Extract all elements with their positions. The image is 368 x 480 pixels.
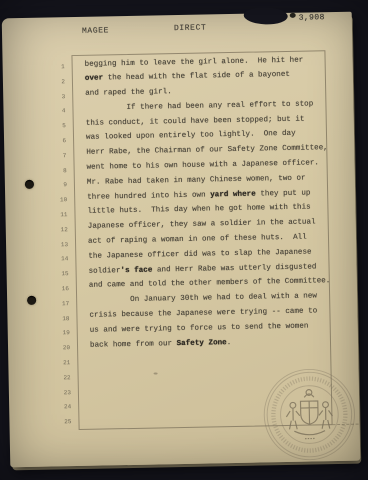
examination-type: DIRECT [174,23,207,33]
punch-hole [25,180,34,189]
photo-background: 3,908 MAGEE DIRECT [0,0,368,480]
line-number: 23 [47,389,71,397]
line-number: 9 [43,182,67,190]
line-number: 17 [45,300,69,308]
line-number: 7 [42,152,66,160]
line-number: 14 [44,256,68,264]
line-number: 25 [47,418,71,426]
line-number: 22 [47,374,71,382]
line-number: 5 [42,122,66,130]
line-text [91,395,332,400]
line-number: 16 [45,285,69,293]
line-number: 11 [43,211,67,219]
line-text [90,365,331,370]
line-number: 24 [47,403,71,411]
line-text [90,351,331,356]
line-number: 8 [43,167,67,175]
punch-hole [27,296,36,305]
line-number: 19 [46,329,70,337]
torn-notch [243,7,288,25]
line-number: 2 [41,78,65,86]
line-text [91,410,332,415]
line-number: 3 [41,93,65,101]
document-page: 3,908 MAGEE DIRECT [2,12,361,468]
line-number: 1 [41,63,65,71]
line-text [91,380,332,385]
line-number: 6 [42,137,66,145]
line-number: 15 [45,270,69,278]
line-number: 13 [44,241,68,249]
page-number: 3,908 [299,13,325,22]
line-number: 10 [43,196,67,204]
witness-name: MAGEE [82,26,109,36]
line-number: 12 [44,226,68,234]
line-number: 18 [45,315,69,323]
line-number: 4 [41,108,65,116]
line-number: 21 [46,359,70,367]
paper-speck [290,13,296,18]
line-number: 20 [46,344,70,352]
transcript-lines: 1begging him to leave the girl alone. He… [40,52,332,427]
